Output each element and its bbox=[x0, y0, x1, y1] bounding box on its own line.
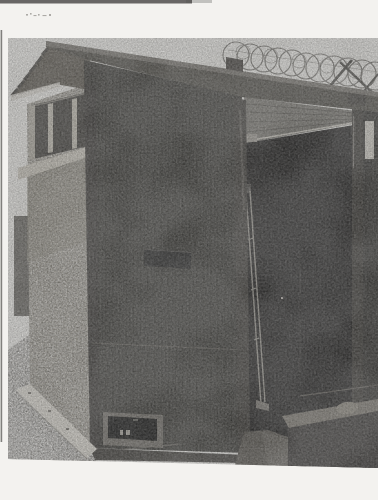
photograph bbox=[8, 38, 378, 468]
pencil-mark bbox=[30, 13, 32, 15]
scan-top-band bbox=[0, 0, 192, 4]
photocopy-blotch bbox=[8, 38, 378, 468]
scan-left-edge-line bbox=[1, 30, 3, 442]
scan-canvas bbox=[0, 0, 378, 500]
scanned-page bbox=[0, 0, 378, 500]
pencil-mark bbox=[43, 15, 47, 16]
pencil-mark bbox=[26, 14, 28, 16]
pencil-mark bbox=[49, 14, 51, 16]
pencil-mark bbox=[34, 15, 37, 16]
scan-top-band-fade bbox=[186, 0, 212, 3]
pencil-mark bbox=[38, 14, 40, 16]
